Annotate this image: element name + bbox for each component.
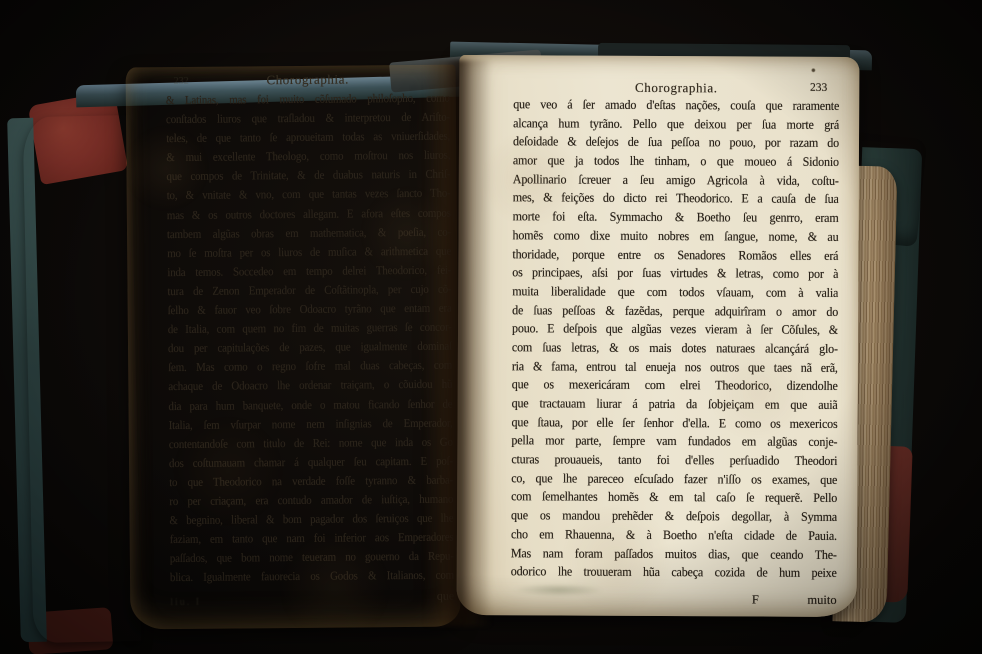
red-leather-corner-bottom-right — [863, 445, 912, 602]
left-page: 232 Chorographia. & Latinas, mas foi mui… — [126, 65, 461, 630]
text-line: cho em Rhauenna, & à Boetho n'eſta cidad… — [511, 525, 837, 545]
text-line: ro per criaçam, era contudo amador de iu… — [169, 490, 453, 512]
text-line: com ſuas letras, & os mais dotes naturae… — [512, 338, 838, 358]
text-line: teles, de que tanto ſe aproueitam todas … — [166, 127, 450, 149]
cover-edge-left — [7, 118, 47, 643]
text-line: que veo á ſer amado d'eſtas nações, couſ… — [513, 95, 839, 115]
text-line: tambem algũas obras em mathematica, & po… — [167, 222, 451, 244]
text-line: Mas nam foram paſſados muitos dias, que … — [511, 544, 837, 564]
text-line: que ſtaua, por elle ſer ſenhor d'ella. E… — [511, 413, 837, 433]
right-page-header: Chorographia. 233 — [513, 79, 839, 97]
text-line: morte foi eſta. Symmacho & Boetho ſeu ge… — [513, 207, 839, 227]
text-line: co, que lhe pareceo eſcuſado fazer n'iſſ… — [511, 469, 837, 489]
text-line: muita liberalidade que com todos vſauam,… — [512, 282, 838, 302]
text-line: que compos de Trinitate, & de duabus nat… — [166, 165, 450, 187]
text-line: dia para hum banquete, onde o matou fica… — [168, 394, 452, 416]
text-line: ſelho & fauor veo ſobre Odoacro tyrãno q… — [168, 299, 452, 321]
text-line: paſſados, que bom nome teueram no gouern… — [170, 547, 454, 569]
running-title-right: Chorographia. — [513, 79, 839, 97]
text-line: blica. Igualmente fauorecia os Godos & I… — [170, 566, 454, 588]
text-line: ſem. Mas como o regno ſofre mal duas cab… — [168, 356, 452, 378]
text-line: contentandoſe com titulo de Rei: nome qu… — [169, 432, 453, 454]
text-line: to que Theodorico na verdade foſſe tyran… — [169, 470, 453, 492]
text-line: thoridade, porque entre os Senadores Rom… — [512, 245, 838, 265]
right-signature-row: F muito — [511, 591, 837, 613]
text-line: os principaes, aſsi por ſuas virtudes & … — [512, 263, 838, 283]
text-line: to, & vnitate & vno, com que tantas veze… — [167, 184, 451, 206]
text-line: conſtados liuros que traſladou & interpr… — [166, 108, 450, 130]
text-line: achaque de Odoacro lhe ordenar traiçam, … — [168, 375, 452, 397]
text-line: amor que ja todos lhe tinham, o que moue… — [513, 151, 839, 171]
text-line: homẽs como dixe muito nobres em ſangue, … — [512, 226, 838, 246]
text-line: que tractauam liurar á patria da ſobjeiç… — [512, 394, 838, 414]
text-line: ria & fama, entrou tal enueja nos outros… — [512, 357, 838, 377]
text-line: de ſuas peſſoas & fazẽdas, perque adquir… — [512, 301, 838, 321]
text-line: que os mandou prehẽder & deſpois degolla… — [511, 506, 837, 526]
text-line: pouo. E deſpois que algũas vezes vieram … — [512, 319, 838, 339]
right-folio: 233 — [810, 82, 827, 94]
text-line: cturas prouaueis, tanto foi d'elles perſ… — [511, 450, 837, 470]
right-page-body: que veo á ſer amado d'eſtas nações, couſ… — [511, 95, 839, 583]
text-line: & mui excellente Theologo, como moſtrou … — [166, 146, 450, 168]
text-line: dou per capitulações de pazes, que igual… — [168, 337, 452, 359]
text-line: que os mexericáram com elrei Theodorico,… — [512, 376, 838, 396]
text-line: de Italia, com quem no fim de muitas gue… — [168, 318, 452, 340]
running-title-left: Chorographia. — [166, 71, 450, 89]
red-leather-corner-bottom-left — [27, 607, 114, 654]
catchword-left: que — [437, 589, 454, 603]
text-line: odorico lhe trouueram hũa cabeça cozida … — [511, 562, 837, 582]
ink-showthrough-mark: liu. I — [170, 597, 201, 608]
text-line: mes, & feições do dicto rei Theodorico. … — [513, 189, 839, 209]
text-line: deſoidade & deſejos de ſua peſſoa no pou… — [513, 133, 839, 153]
red-leather-corner-top-left — [28, 91, 129, 185]
text-line: & Latinas, mas foi muito cõſumado philoſ… — [166, 89, 450, 111]
text-line: faziam, em tanto que nam foi inferior ao… — [170, 528, 454, 550]
left-page-header: 232 Chorographia. — [166, 71, 450, 89]
photo-background: 232 Chorographia. & Latinas, mas foi mui… — [0, 0, 982, 654]
text-line: & begnino, liberal & bom pagador dos ſer… — [169, 509, 453, 531]
text-line: pella mor parte, ſempre vam fundados em … — [511, 432, 837, 452]
text-line: tura de Zenon Emperador de Coſtãtinopla,… — [167, 280, 451, 302]
text-line: Italia, ſem vſurpar nome nem inſignias d… — [169, 413, 453, 435]
text-line: mas & os outros doctores allegam. E afor… — [167, 203, 451, 225]
gathering-signature: F — [752, 592, 759, 607]
text-line: com ſemelhantes homẽs & em tal caſo ſe r… — [511, 488, 837, 508]
text-line: alcança hum tyrãno. Pello que deixou per… — [513, 114, 839, 134]
left-catchword-row: que — [170, 589, 454, 606]
left-page-body: & Latinas, mas foi muito cõſumado philoſ… — [166, 89, 454, 588]
text-line: Apollinario ſcreuer a ſeu amigo Agricola… — [513, 170, 839, 190]
page-edges-left — [23, 115, 142, 643]
catchword-right: muito — [807, 593, 836, 608]
text-line: inda temos. Soccedeo em tempo delrei The… — [167, 260, 451, 282]
right-page: Chorographia. 233 que veo á ſer amado d'… — [457, 55, 860, 617]
left-folio-faint: 232 — [174, 76, 189, 87]
text-line: mo ſe moſtra per os liuros de muſica & a… — [167, 241, 451, 263]
text-line: dos coſtumauam chamar á qualquer ſeu cap… — [169, 451, 453, 473]
